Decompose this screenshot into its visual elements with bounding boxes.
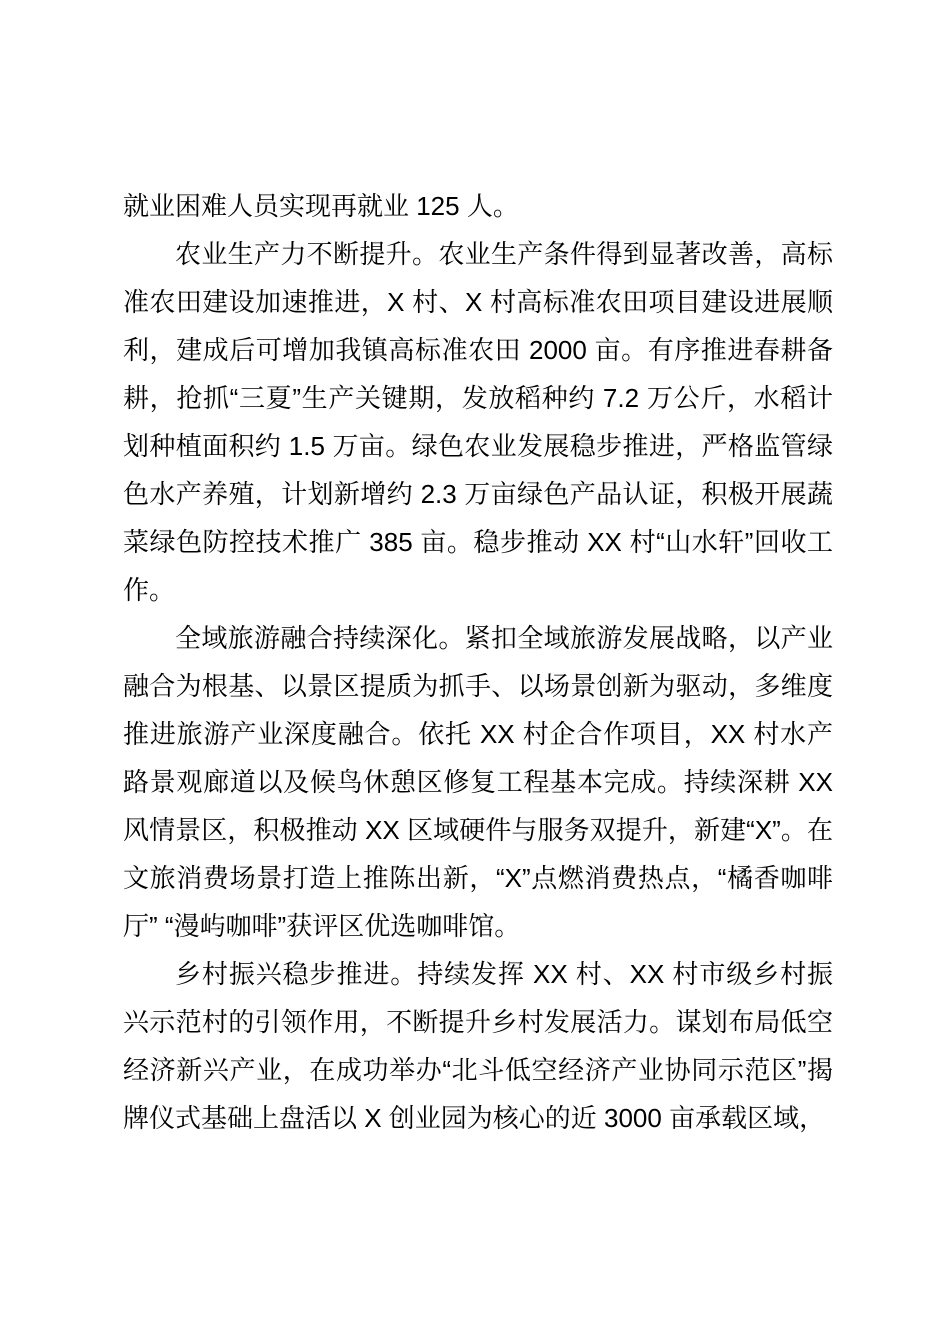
paragraph-agriculture: 农业生产力不断提升。农业生产条件得到显著改善，高标准农田建设加速推进，X 村、X… (123, 230, 833, 614)
document-page: 就业困难人员实现再就业 125 人。 农业生产力不断提升。农业生产条件得到显著改… (0, 0, 950, 1344)
paragraph-tourism: 全域旅游融合持续深化。紧扣全域旅游发展战略，以产业融合为根基、以景区提质为抓手、… (123, 614, 833, 950)
paragraph-rural-revitalization: 乡村振兴稳步推进。持续发挥 XX 村、XX 村市级乡村振兴示范村的引领作用，不断… (123, 950, 833, 1142)
paragraph-employment-continuation: 就业困难人员实现再就业 125 人。 (123, 182, 833, 230)
